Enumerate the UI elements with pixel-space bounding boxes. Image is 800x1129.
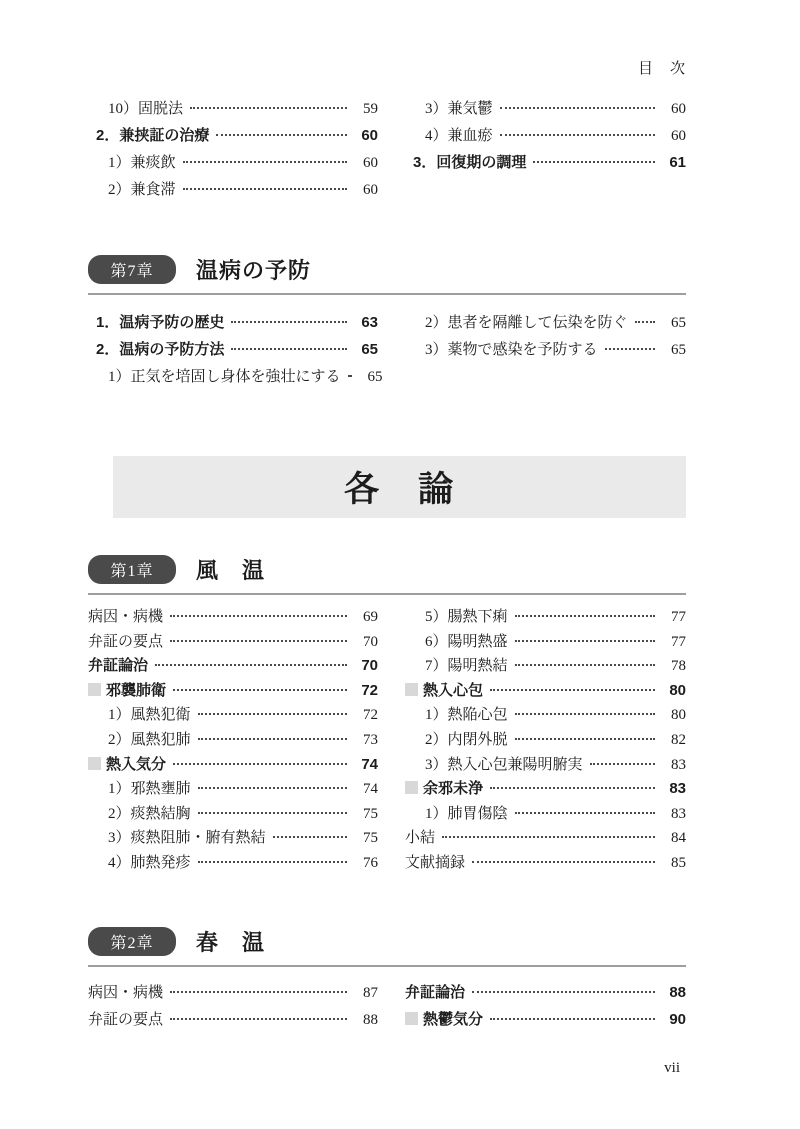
chapter-header-2: 第2章 春 温 (88, 926, 686, 967)
toc-entry: 弁証の要点70 (88, 630, 378, 655)
toc-entry: 文献摘録85 (405, 851, 686, 876)
toc-entry-page: 80 (662, 682, 686, 699)
toc-entry-label: 2．温病の予防方法 (96, 338, 224, 359)
dotted-leader (490, 1018, 655, 1020)
dotted-leader (348, 375, 352, 377)
toc-entry-label: 2．兼挟証の治療 (96, 124, 209, 145)
dotted-leader (231, 348, 347, 350)
toc-entry-page: 70 (354, 634, 378, 651)
toc-entry-label: 2）風熱犯肺 (108, 728, 191, 749)
toc-entry: 1）熱陥心包80 (405, 703, 686, 728)
chapter-title: 春 温 (196, 926, 265, 957)
dotted-leader (533, 161, 655, 163)
toc-entry-label: 3）薬物で感染を予防する (425, 338, 598, 359)
toc-entry: 2）兼食滞60 (88, 178, 378, 205)
toc-entry-page: 69 (354, 609, 378, 626)
dotted-leader (198, 713, 347, 715)
toc-entry: 弁証論治88 (405, 981, 686, 1008)
toc-entry-page: 60 (662, 128, 686, 145)
toc-entry-page: 84 (662, 830, 686, 847)
toc-entry-label: 5）腸熱下痢 (425, 605, 508, 626)
toc-section-chapter2: 病因・病機87弁証の要点88 弁証論治88熱鬱気分90 (88, 981, 686, 1035)
running-head: 目 次 (88, 0, 686, 78)
page-number: vii (664, 1060, 680, 1077)
toc-entry-label: 4）兼血瘀 (425, 124, 493, 145)
toc-entry-label: 熱入心包 (405, 679, 483, 700)
toc-entry-label: 弁証論治 (88, 654, 148, 675)
toc-entry-label: 小結 (405, 826, 435, 847)
toc-entry: 3）薬物で感染を予防する65 (405, 338, 686, 365)
toc-entry: 1）肺胃傷陰83 (405, 802, 686, 827)
toc-entry-page: 70 (354, 657, 378, 674)
dotted-leader (170, 1018, 347, 1020)
dotted-leader (472, 991, 655, 993)
dotted-leader (170, 991, 347, 993)
toc-entry-label: 熱鬱気分 (405, 1008, 483, 1029)
toc-entry: 1）正気を培固し身体を強壮にする65 (88, 365, 378, 392)
toc-section-continuation: 10）固脱法592．兼挟証の治療601）兼痰飲602）兼食滞60 3）兼気鬱60… (88, 97, 686, 205)
toc-entry-label: 1）風熱犯衛 (108, 703, 191, 724)
toc-entry-page: 90 (662, 1011, 686, 1028)
toc-entry: 1）邪熱壅肺74 (88, 777, 378, 802)
section-square-icon (405, 1012, 418, 1025)
toc-entry-page: 76 (354, 855, 378, 872)
toc-entry-label: 1）肺胃傷陰 (425, 802, 508, 823)
chapter-header-7: 第7章 温病の予防 (88, 254, 686, 295)
toc-entry: 3）熱入心包兼陽明腑実83 (405, 753, 686, 778)
toc-column-right: 弁証論治88熱鬱気分90 (405, 981, 686, 1035)
toc-entry-page: 83 (662, 757, 686, 774)
toc-entry: 病因・病機87 (88, 981, 378, 1008)
toc-column-right: 5）腸熱下痢776）陽明熱盛777）陽明熱結78熱入心包801）熱陥心包802）… (405, 605, 686, 876)
toc-entry-page: 77 (662, 634, 686, 651)
toc-entry-page: 72 (354, 707, 378, 724)
toc-entry: 3．回復期の調理61 (405, 151, 686, 178)
dotted-leader (515, 812, 655, 814)
toc-entry: 6）陽明熱盛77 (405, 630, 686, 655)
toc-entry-label: 2）内閉外脱 (425, 728, 508, 749)
toc-entry-label: 病因・病機 (88, 605, 163, 626)
toc-section-chapter7: 1．温病予防の歴史632．温病の予防方法651）正気を培固し身体を強壮にする65… (88, 311, 686, 392)
toc-entry-page: 80 (662, 707, 686, 724)
section-square-icon (88, 757, 101, 770)
toc-entry-label: 弁証の要点 (88, 1008, 163, 1029)
toc-entry-label: 邪襲肺衛 (88, 679, 166, 700)
toc-entry-page: 78 (662, 658, 686, 675)
chapter-badge: 第7章 (88, 255, 176, 284)
dotted-leader (490, 787, 655, 789)
toc-entry: 熱鬱気分90 (405, 1008, 686, 1035)
toc-entry-label: 6）陽明熱盛 (425, 630, 508, 651)
toc-entry: 邪襲肺衛72 (88, 679, 378, 704)
dotted-leader (198, 812, 347, 814)
toc-entry: 2）患者を隔離して伝染を防ぐ65 (405, 311, 686, 338)
toc-entry-page: 87 (354, 985, 378, 1002)
toc-entry-label: 弁証論治 (405, 981, 465, 1002)
toc-entry-page: 73 (354, 732, 378, 749)
toc-entry-label: 1．温病予防の歴史 (96, 311, 224, 332)
toc-column-right: 2）患者を隔離して伝染を防ぐ653）薬物で感染を予防する65 (405, 311, 686, 392)
toc-entry-page: 72 (354, 682, 378, 699)
dotted-leader (170, 640, 347, 642)
dotted-leader (500, 107, 655, 109)
toc-entry-page: 61 (662, 154, 686, 171)
toc-entry-page: 88 (662, 984, 686, 1001)
toc-entry: 4）兼血瘀60 (405, 124, 686, 151)
toc-entry-label: 弁証の要点 (88, 630, 163, 651)
toc-entry-page: 65 (662, 315, 686, 332)
toc-entry-page: 75 (354, 830, 378, 847)
toc-entry-page: 85 (662, 855, 686, 872)
toc-entry-page: 75 (354, 806, 378, 823)
toc-entry-page: 77 (662, 609, 686, 626)
dotted-leader (515, 713, 655, 715)
toc-entry: 熱入気分74 (88, 753, 378, 778)
toc-entry-page: 65 (662, 342, 686, 359)
toc-entry-page: 60 (354, 182, 378, 199)
toc-entry-label: 1）兼痰飲 (108, 151, 176, 172)
toc-entry-label: 3．回復期の調理 (413, 151, 526, 172)
toc-entry-page: 83 (662, 780, 686, 797)
dotted-leader (605, 348, 655, 350)
dotted-leader (273, 836, 347, 838)
toc-entry: 5）腸熱下痢77 (405, 605, 686, 630)
dotted-leader (472, 861, 655, 863)
toc-entry: 7）陽明熱結78 (405, 654, 686, 679)
toc-entry: 1．温病予防の歴史63 (88, 311, 378, 338)
dotted-leader (231, 321, 347, 323)
toc-entry-label: 1）正気を培固し身体を強壮にする (108, 365, 341, 386)
toc-section-chapter1: 病因・病機69弁証の要点70弁証論治70邪襲肺衛721）風熱犯衛722）風熱犯肺… (88, 605, 686, 876)
toc-entry-page: 82 (662, 732, 686, 749)
toc-page: 目 次 10）固脱法592．兼挟証の治療601）兼痰飲602）兼食滞60 3）兼… (0, 0, 800, 1129)
dotted-leader (500, 134, 655, 136)
toc-entry: 病因・病機69 (88, 605, 378, 630)
toc-entry: 2．温病の予防方法65 (88, 338, 378, 365)
dotted-leader (198, 787, 347, 789)
toc-entry: 3）兼気鬱60 (405, 97, 686, 124)
section-square-icon (88, 683, 101, 696)
toc-entry-page: 60 (354, 127, 378, 144)
dotted-leader (515, 664, 655, 666)
section-square-icon (405, 683, 418, 696)
toc-entry: 小結84 (405, 826, 686, 851)
toc-entry-label: 2）痰熱結胸 (108, 802, 191, 823)
chapter-title: 温病の予防 (196, 254, 311, 285)
toc-entry-label: 熱入気分 (88, 753, 166, 774)
dotted-leader (216, 134, 347, 136)
toc-entry: 熱入心包80 (405, 679, 686, 704)
toc-entry-page: 59 (354, 101, 378, 118)
dotted-leader (173, 763, 347, 765)
toc-entry-label: 2）兼食滞 (108, 178, 176, 199)
toc-column-left: 病因・病機87弁証の要点88 (88, 981, 378, 1035)
toc-entry-label: 余邪未浄 (405, 777, 483, 798)
chapter-badge: 第1章 (88, 555, 176, 584)
dotted-leader (198, 738, 347, 740)
chapter-title: 風 温 (196, 554, 265, 585)
toc-entry: 1）兼痰飲60 (88, 151, 378, 178)
toc-entry-page: 63 (354, 314, 378, 331)
toc-entry-page: 74 (354, 781, 378, 798)
dotted-leader (515, 738, 655, 740)
toc-entry: 10）固脱法59 (88, 97, 378, 124)
dotted-leader (590, 763, 655, 765)
toc-entry-label: 4）肺熱発疹 (108, 851, 191, 872)
toc-column-left: 1．温病予防の歴史632．温病の予防方法651）正気を培固し身体を強壮にする65 (88, 311, 378, 392)
toc-entry: 1）風熱犯衛72 (88, 703, 378, 728)
toc-entry: 3）痰熱阻肺・腑有熱結75 (88, 826, 378, 851)
part-banner: 各 論 (113, 456, 686, 518)
toc-entry: 弁証の要点88 (88, 1008, 378, 1035)
dotted-leader (515, 615, 655, 617)
dotted-leader (190, 107, 347, 109)
toc-entry-page: 88 (354, 1012, 378, 1029)
toc-entry-label: 10）固脱法 (108, 97, 183, 118)
dotted-leader (183, 161, 347, 163)
toc-entry-page: 65 (359, 369, 383, 386)
toc-entry: 弁証論治70 (88, 654, 378, 679)
toc-entry-page: 65 (354, 341, 378, 358)
toc-entry: 余邪未浄83 (405, 777, 686, 802)
dotted-leader (170, 615, 347, 617)
toc-entry-label: 3）熱入心包兼陽明腑実 (425, 753, 583, 774)
dotted-leader (490, 689, 655, 691)
toc-entry: 2）風熱犯肺73 (88, 728, 378, 753)
toc-entry-label: 1）熱陥心包 (425, 703, 508, 724)
toc-column-left: 病因・病機69弁証の要点70弁証論治70邪襲肺衛721）風熱犯衛722）風熱犯肺… (88, 605, 378, 876)
section-square-icon (405, 781, 418, 794)
toc-entry-label: 病因・病機 (88, 981, 163, 1002)
toc-entry-page: 83 (662, 806, 686, 823)
dotted-leader (183, 188, 347, 190)
chapter-header-1: 第1章 風 温 (88, 554, 686, 595)
toc-entry-page: 60 (662, 101, 686, 118)
toc-entry-label: 1）邪熱壅肺 (108, 777, 191, 798)
dotted-leader (173, 689, 347, 691)
toc-entry: 4）肺熱発疹76 (88, 851, 378, 876)
toc-entry: 2．兼挟証の治療60 (88, 124, 378, 151)
toc-column-right: 3）兼気鬱604）兼血瘀603．回復期の調理61 (405, 97, 686, 205)
dotted-leader (635, 321, 655, 323)
toc-entry-label: 3）兼気鬱 (425, 97, 493, 118)
toc-entry: 2）内閉外脱82 (405, 728, 686, 753)
toc-column-left: 10）固脱法592．兼挟証の治療601）兼痰飲602）兼食滞60 (88, 97, 378, 205)
dotted-leader (198, 861, 347, 863)
dotted-leader (515, 640, 655, 642)
toc-entry-label: 2）患者を隔離して伝染を防ぐ (425, 311, 628, 332)
toc-entry: 2）痰熱結胸75 (88, 802, 378, 827)
toc-entry-page: 74 (354, 756, 378, 773)
chapter-badge: 第2章 (88, 927, 176, 956)
toc-entry-page: 60 (354, 155, 378, 172)
dotted-leader (442, 836, 655, 838)
toc-entry-label: 3）痰熱阻肺・腑有熱結 (108, 826, 266, 847)
toc-entry-label: 7）陽明熱結 (425, 654, 508, 675)
dotted-leader (155, 664, 347, 666)
toc-entry-label: 文献摘録 (405, 851, 465, 872)
